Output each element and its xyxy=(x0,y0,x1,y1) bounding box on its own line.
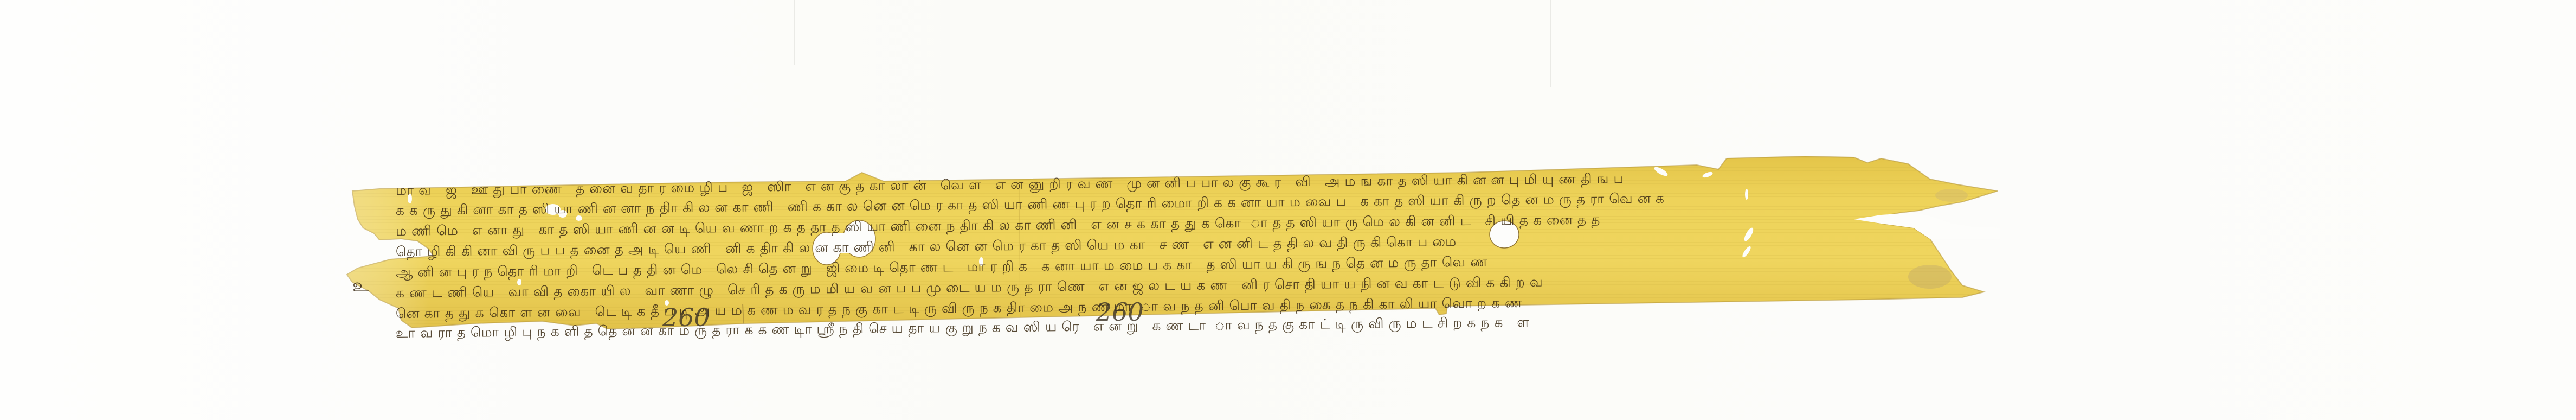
folio-number-left: 260 xyxy=(662,303,710,332)
palm-leaf xyxy=(0,0,2576,420)
binding-hole-right xyxy=(1490,221,1519,248)
photo-stage: மாவ ஜ ஊதுபாணை தனைவதாரமைழிப ஜ ஸிா எனகுதகா… xyxy=(0,0,2576,420)
folio-number-right: 260 xyxy=(1096,297,1144,327)
margin-mark: உ xyxy=(352,275,369,298)
